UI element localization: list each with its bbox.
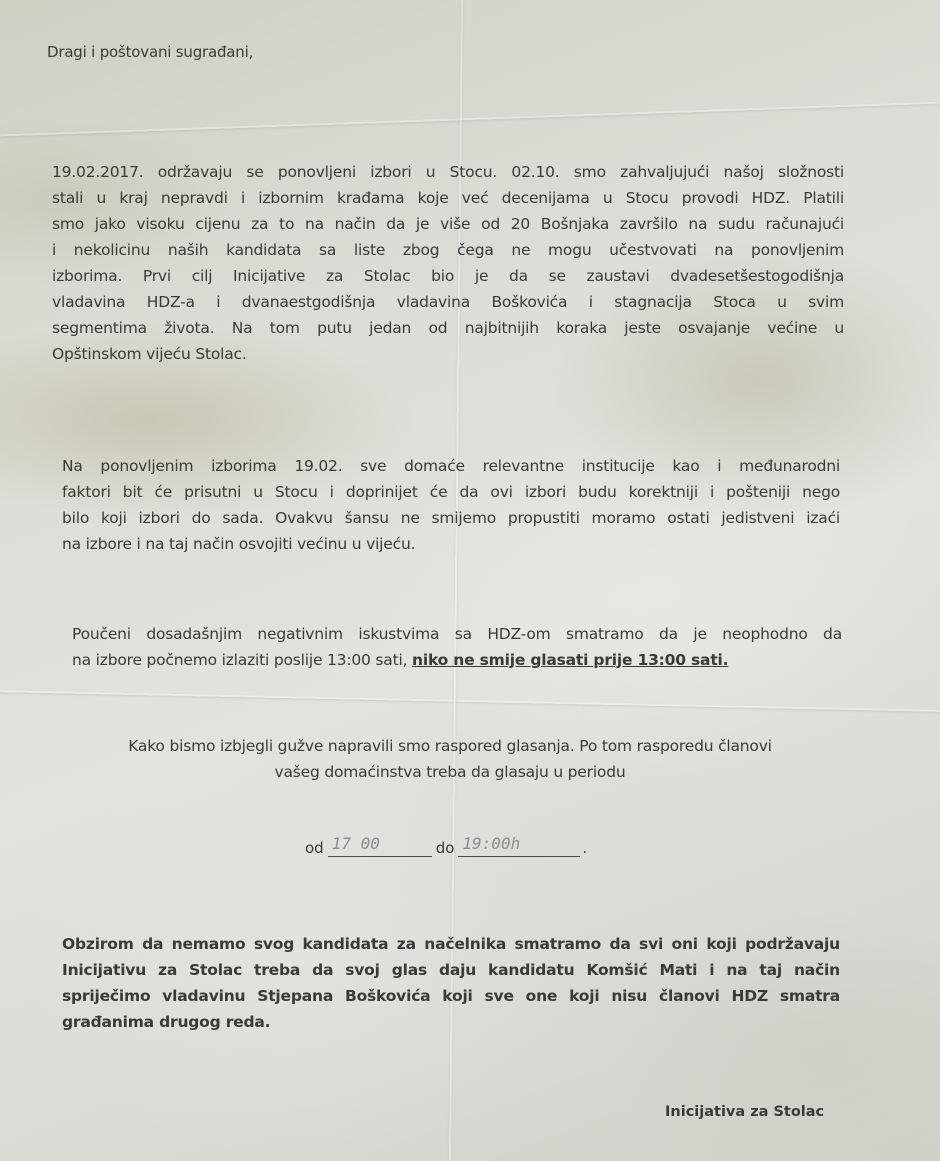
paragraph-mayor-endorsement: Obzirom da nemamo svog kandidata za nače… <box>62 930 840 1034</box>
text-line: smo jako visoku cijenu za to na način da… <box>52 210 844 236</box>
voting-period: od 17 00 do 19:00h . <box>305 834 587 857</box>
text-plain: na izbore počnemo izlaziti poslije 13:00… <box>72 651 412 669</box>
text-line: građanima drugog reda. <box>62 1008 840 1034</box>
text-line: vašeg domaćinstva treba da glasaju u per… <box>80 758 820 784</box>
text-line: bilo koji izbori do sada. Ovakvu šansu n… <box>62 504 840 530</box>
text-line: vladavina HDZ-a i dvanaestgodišnja vlada… <box>52 288 844 314</box>
text-line: segmentima života. Na tom putu jedan od … <box>52 314 844 340</box>
text-line: i nekolicinu naših kandidata sa liste zb… <box>52 236 844 262</box>
text-line: spriječimo vladavinu Stjepana Boškovića … <box>62 982 840 1008</box>
to-label: do <box>436 839 455 857</box>
text-line: na izbore i na taj način osvojiti većinu… <box>62 530 840 556</box>
emphasis-warning: niko ne smije glasati prije 13:00 sati. <box>412 651 728 669</box>
text-line: Poučeni dosadašnjim negativnim iskustvim… <box>72 620 842 646</box>
text-line: na izbore počnemo izlaziti poslije 13:00… <box>72 646 842 672</box>
text-line: Inicijativu za Stolac treba da svoj glas… <box>62 956 840 982</box>
text-line: Opštinskom vijeću Stolac. <box>52 340 844 366</box>
text-line: Obzirom da nemamo svog kandidata za nače… <box>62 930 840 956</box>
end-mark: . <box>582 839 587 857</box>
from-time-field: 17 00 <box>328 834 432 857</box>
paragraph-election-context: 19.02.2017. održavaju se ponovljeni izbo… <box>52 158 844 366</box>
greeting: Dragi i poštovani sugrađani, <box>47 38 253 66</box>
to-time-field: 19:00h <box>458 834 580 857</box>
paragraph-institutions: Na ponovljenim izborima 19.02. sve domać… <box>62 452 840 556</box>
text-line: Na ponovljenim izborima 19.02. sve domać… <box>62 452 840 478</box>
text-line: faktori bit će prisutni u Stocu i doprin… <box>62 478 840 504</box>
signature: Inicijativa za Stolac <box>665 1104 824 1120</box>
from-label: od <box>305 839 324 857</box>
text-line: izborima. Prvi cilj Inicijative za Stola… <box>52 262 844 288</box>
text-line: Kako bismo izbjegli gužve napravili smo … <box>80 732 820 758</box>
paragraph-voting-schedule: Kako bismo izbjegli gužve napravili smo … <box>80 732 820 784</box>
text-line: 19.02.2017. održavaju se ponovljeni izbo… <box>52 158 844 184</box>
text-line: stali u kraj nepravdi i izbornim krađama… <box>52 184 844 210</box>
paragraph-voting-time-advice: Poučeni dosadašnjim negativnim iskustvim… <box>72 620 842 672</box>
